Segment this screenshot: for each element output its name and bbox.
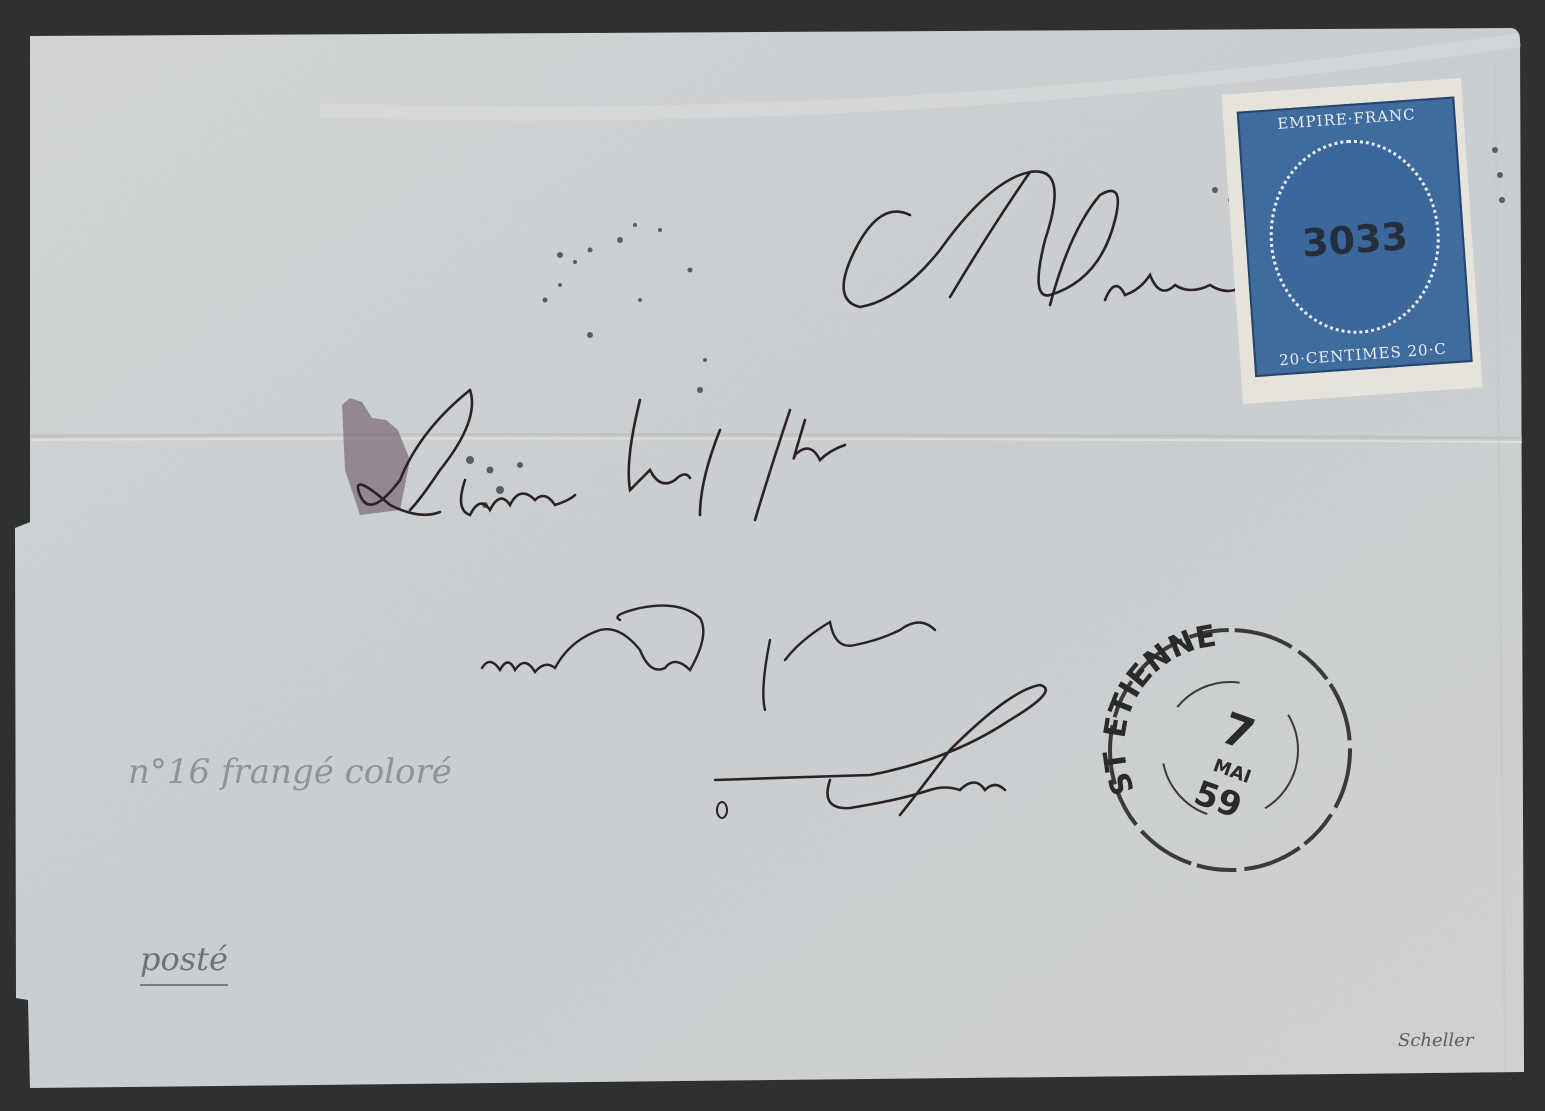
stamp-bottom-label: 20·CENTIMES 20·C — [1256, 338, 1471, 371]
pencil-note-left: n°16 frangé coloré — [128, 752, 452, 792]
pencil-note-bottom-left: posté — [140, 940, 228, 986]
stamp-top-label: EMPIRE·FRANC — [1239, 103, 1454, 136]
postage-stamp: EMPIRE·FRANC 3033 20·CENTIMES 20·C — [1221, 78, 1482, 404]
pencil-signature: Scheller — [1398, 1030, 1473, 1051]
